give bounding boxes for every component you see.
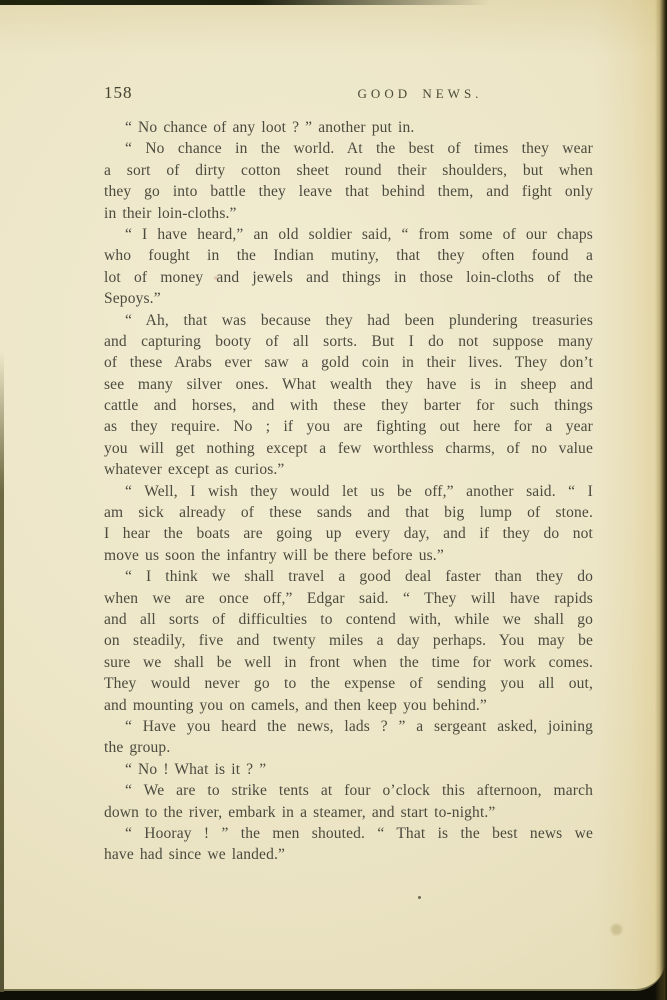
dust-speck — [418, 896, 421, 899]
paragraph: “ No ! What is it ? ” — [104, 759, 593, 780]
scan-edge-top — [0, 0, 490, 5]
page-number: 158 — [104, 83, 133, 103]
text-line: “ No chance of any loot ? ” another put … — [104, 117, 593, 138]
scan-edge-left — [0, 352, 4, 992]
paragraph: “ Well, I wish they would let us be off,… — [104, 481, 593, 567]
text-line: and mounting you on camels, and then kee… — [104, 695, 593, 716]
paragraph: “ No chance in the world. At the best of… — [104, 138, 593, 224]
text-line: in their loin-cloths.” — [104, 203, 593, 224]
text-line: as they require. No ; if you are fightin… — [104, 416, 593, 437]
scan-edge-right — [655, 0, 667, 1000]
text-line: I hear the boats are going up every day,… — [104, 523, 593, 544]
text-line: “ No chance in the world. At the best of… — [104, 138, 593, 159]
paragraph: “ No chance of any loot ? ” another put … — [104, 117, 593, 138]
text-line: on steadily, five and twenty miles a day… — [104, 630, 593, 651]
text-line: “ I think we shall travel a good deal fa… — [104, 566, 593, 587]
running-header: GOOD NEWS. — [300, 86, 540, 102]
text-line: when we are once off,” Edgar said. “ The… — [104, 588, 593, 609]
page-header: 158 GOOD NEWS. — [104, 83, 593, 105]
paragraph: “ Ah, that was because they had been plu… — [104, 310, 593, 481]
text-line: “ We are to strike tents at four o’clock… — [104, 780, 593, 801]
text-line: have had since we landed.” — [104, 844, 593, 865]
text-line: whatever except as curios.” — [104, 459, 593, 480]
text-block: “ No chance of any loot ? ” another put … — [104, 117, 593, 866]
text-line: “ No ! What is it ? ” — [104, 759, 593, 780]
text-line: a sort of dirty cotton sheet round their… — [104, 160, 593, 181]
paragraph: “ We are to strike tents at four o’clock… — [104, 780, 593, 823]
text-line: am sick already of these sands and that … — [104, 502, 593, 523]
text-line: and capturing booty of all sorts. But I … — [104, 331, 593, 352]
text-line: the group. — [104, 737, 593, 758]
text-line: of these Arabs ever saw a gold coin in t… — [104, 352, 593, 373]
paper-smudge — [611, 924, 622, 935]
text-line: down to the river, embark in a steamer, … — [104, 802, 593, 823]
text-line: “ Have you heard the news, lads ? ” a se… — [104, 716, 593, 737]
text-line: move us soon the infantry will be there … — [104, 545, 593, 566]
text-line: Sepoys.” — [104, 288, 593, 309]
text-line: cattle and horses, and with these they b… — [104, 395, 593, 416]
text-line: “ I have heard,” an old soldier said, “ … — [104, 224, 593, 245]
paragraph: “ I think we shall travel a good deal fa… — [104, 566, 593, 716]
paragraph: “ Hooray ! ” the men shouted. “ That is … — [104, 823, 593, 866]
text-line: see many silver ones. What wealth they h… — [104, 374, 593, 395]
text-line: you will get nothing except a few worthl… — [104, 438, 593, 459]
text-line: sure we shall be well in front when the … — [104, 652, 593, 673]
text-line: “ Hooray ! ” the men shouted. “ That is … — [104, 823, 593, 844]
paragraph: “ I have heard,” an old soldier said, “ … — [104, 224, 593, 310]
book-page: 158 GOOD NEWS. “ No chance of any loot ?… — [0, 0, 665, 991]
text-line: lot of money and jewels and things in th… — [104, 267, 593, 288]
text-line: who fought in the Indian mutiny, that th… — [104, 245, 593, 266]
text-line: “ Well, I wish they would let us be off,… — [104, 481, 593, 502]
text-line: “ Ah, that was because they had been plu… — [104, 310, 593, 331]
book-scan: 158 GOOD NEWS. “ No chance of any loot ?… — [0, 0, 667, 1000]
text-line: and all sorts of difficulties to contend… — [104, 609, 593, 630]
text-line: they go into battle they leave that behi… — [104, 181, 593, 202]
text-line: They would never go to the expense of se… — [104, 673, 593, 694]
paragraph: “ Have you heard the news, lads ? ” a se… — [104, 716, 593, 759]
paper-speck — [214, 276, 218, 280]
